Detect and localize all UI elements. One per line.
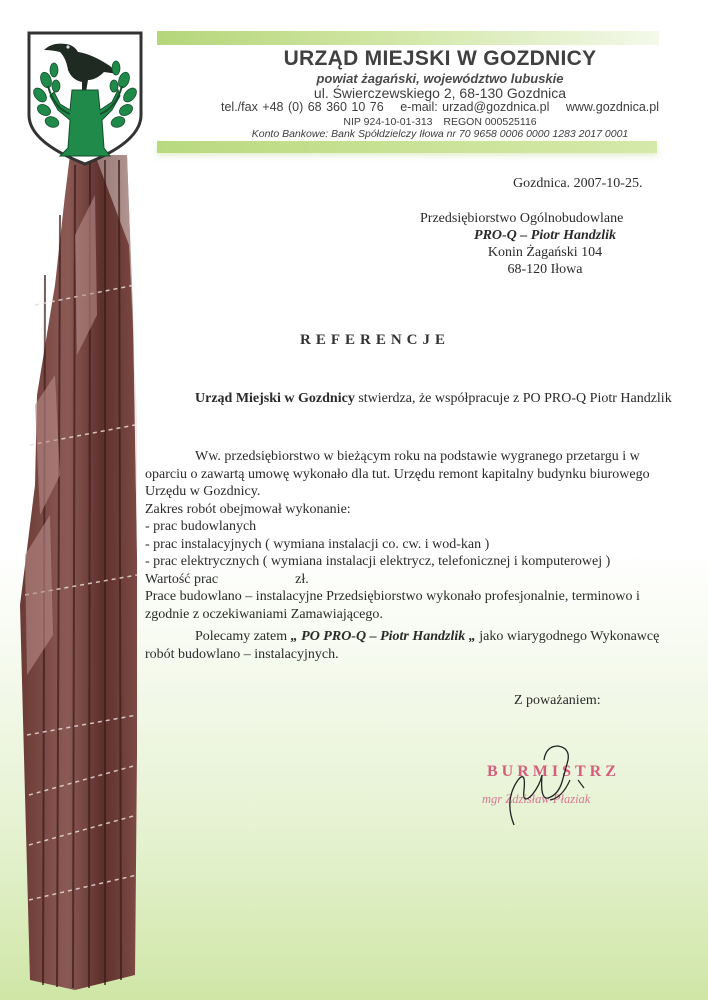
- recipient-block: Przedsiębiorstwo Ogólnobudowlane PRO-Q –…: [420, 210, 670, 278]
- letterhead-top-band: [157, 31, 659, 45]
- office-name: URZĄD MIEJSKI W GOZDNICY: [180, 47, 700, 71]
- scope-item: - prac elektrycznych ( wymiana instalacj…: [145, 553, 675, 571]
- office-bank-account: Konto Bankowe: Bank Spółdzielczy Iłowa n…: [180, 128, 700, 140]
- scope-description: Ww. przedsiębiorstwo w bieżącym roku na …: [145, 448, 675, 501]
- office-phone: tel./fax +48 (0) 68 360 10 76: [221, 100, 384, 114]
- performance-statement: Prace budowlano – instalacyjne Przedsięb…: [145, 588, 675, 623]
- coat-of-arms-icon: [26, 30, 144, 167]
- letter-date: Gozdnica. 2007-10-25.: [513, 176, 642, 192]
- work-value-label: Wartość prac: [145, 572, 218, 587]
- scope-heading: Zakres robót obejmował wykonanie:: [145, 501, 675, 519]
- work-value-currency: zł.: [295, 572, 309, 587]
- closing-salutation: Z poważaniem:: [514, 693, 601, 709]
- tower-monument-image: [15, 155, 140, 990]
- office-address: ul. Świerczewskiego 2, 68-130 Gozdnica: [180, 85, 700, 101]
- paragraph-intro: Urząd Miejski w Gozdnicy stwierdza, że w…: [145, 390, 675, 408]
- work-value: Wartość praczł.: [145, 571, 675, 589]
- recipient-line: Przedsiębiorstwo Ogólnobudowlane: [420, 210, 670, 227]
- recommended-company: „ PO PRO-Q – Piotr Handzlik „: [291, 629, 476, 644]
- document-heading: REFERENCJE: [140, 332, 610, 349]
- recipient-line: 68-120 Iłowa: [420, 261, 670, 278]
- office-email: e-mail: urzad@gozdnica.pl: [400, 100, 549, 114]
- recipient-company: PRO-Q – Piotr Handzlik: [420, 227, 670, 244]
- office-nip: NIP 924-10-01-313: [343, 116, 432, 128]
- scope-item: - prac instalacyjnych ( wymiana instalac…: [145, 536, 675, 554]
- office-contact: tel./fax +48 (0) 68 360 10 76 e-mail: ur…: [180, 100, 700, 114]
- issuer-name: Urząd Miejski w Gozdnicy: [195, 391, 355, 406]
- recommendation-pre: Polecamy zatem: [195, 629, 291, 644]
- recipient-line: Konin Żagański 104: [420, 244, 670, 261]
- handwritten-signature: [496, 740, 616, 830]
- intro-text: stwierdza, że współpracuje z PO PRO-Q Pi…: [355, 391, 672, 406]
- office-region: powiat żagański, województwo lubuskie: [180, 71, 700, 86]
- paragraph-scope: Ww. przedsiębiorstwo w bieżącym roku na …: [145, 448, 675, 623]
- office-tax-ids: NIP 924-10-01-313 REGON 000525116: [180, 116, 700, 128]
- scope-item: - prac budowlanych: [145, 518, 675, 536]
- office-regon: REGON 000525116: [443, 116, 536, 128]
- office-website: www.gozdnica.pl: [566, 100, 659, 114]
- paragraph-recommendation: Polecamy zatem „ PO PRO-Q – Piotr Handzl…: [145, 628, 675, 663]
- letterhead-bottom-band: [157, 141, 657, 153]
